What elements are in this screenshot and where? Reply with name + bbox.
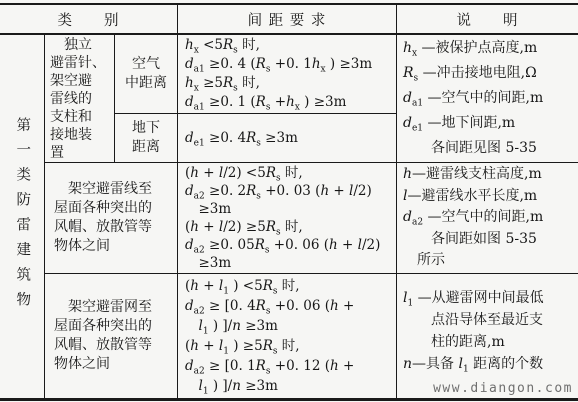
row1-category-text: 独立 避雷针、 架空避 雷线的 支柱和 接地装 置 — [45, 36, 108, 162]
row3-formula-cell: (h + l1 ) <5Rs 时, da2 ≥ [0. 4Rs +0. 06 (… — [178, 274, 397, 398]
underground-distance-formula-cell: de1 ≥0. 4Rs ≥3m — [178, 114, 397, 163]
row3-category-cell: 架空避雷网至 屋面各种突出的 风帽、放散管等 物体之间 — [45, 274, 178, 398]
underground-distance-label: 地下 距离 — [132, 119, 160, 157]
header-cell-category: 类 别 — [0, 5, 178, 35]
air-distance-label: 空气 中距离 — [125, 55, 167, 93]
header-spacing-label: 间 距 要 求 — [248, 9, 327, 30]
side-category-label: 第一类防雷建筑物 — [15, 117, 30, 317]
header-category-label: 类 别 — [58, 9, 120, 30]
row1-note-cell: hx —被保护点高度,m Rs —冲击接地电阻,Ω da1 —空气中的间距,m … — [397, 35, 578, 163]
row2-formula: (h + l/2) <5Rs 时, da2 ≥0. 2Rs +0. 03 (h … — [185, 164, 380, 272]
row2-formula-cell: (h + l/2) <5Rs 时, da2 ≥0. 2Rs +0. 03 (h … — [178, 163, 397, 274]
row2-note-cell: h—避雷线支柱高度,m l—避雷线水平长度,m da2 —空气中的间距,m 各间… — [397, 163, 578, 274]
header-cell-note: 说 明 — [397, 5, 578, 35]
underground-distance-formula: de1 ≥0. 4Rs ≥3m — [185, 129, 298, 148]
air-distance-formula-cell: hx <5Rs 时, da1 ≥0. 4 (Rs +0. 1hx ) ≥3m h… — [178, 35, 397, 114]
row3-note-cell: l1 —从避雷网中间最低 点沿导体至最近支 柱的距离,m n—具备 l1 距离的… — [397, 274, 578, 398]
watermark-text: www.diangon.com — [433, 381, 573, 396]
row3-category-text: 架空避雷网至 屋面各种突出的 风帽、放散管等 物体之间 — [45, 298, 156, 374]
row2-category-cell: 架空避雷线至 屋面各种突出的 风帽、放散管等 物体之间 — [45, 163, 178, 274]
row2-category-text: 架空避雷线至 屋面各种突出的 风帽、放散管等 物体之间 — [45, 180, 156, 256]
scanned-document-page: { "accent_colors": { "line": "#1a1a1a", … — [0, 0, 578, 402]
header-cell-spacing-requirement: 间 距 要 求 — [178, 5, 397, 35]
row3-note-text: l1 —从避雷网中间最低 点沿导体至最近支 柱的距离,m n—具备 l1 距离的… — [403, 274, 544, 375]
lightning-protection-spacing-table: 类 别 间 距 要 求 说 明 第一类防雷建筑物 独立 避雷针、 架空避 雷线的… — [0, 3, 578, 401]
air-distance-formula: hx <5Rs 时, da1 ≥0. 4 (Rs +0. 1hx ) ≥3m h… — [185, 36, 372, 112]
row2-note-text: h—避雷线支柱高度,m l—避雷线水平长度,m da2 —空气中的间距,m 各间… — [403, 164, 543, 272]
air-distance-label-cell: 空气 中距离 — [115, 35, 178, 114]
row1-note-text: hx —被保护点高度,m Rs —冲击接地电阻,Ω da1 —空气中的间距,m … — [403, 36, 543, 161]
header-note-label: 说 明 — [457, 9, 519, 30]
row1-category-cell: 独立 避雷针、 架空避 雷线的 支柱和 接地装 置 — [45, 35, 115, 163]
row3-formula: (h + l1 ) <5Rs 时, da2 ≥ [0. 4Rs +0. 06 (… — [185, 276, 354, 396]
side-category-cell: 第一类防雷建筑物 — [0, 35, 45, 398]
underground-distance-label-cell: 地下 距离 — [115, 114, 178, 163]
